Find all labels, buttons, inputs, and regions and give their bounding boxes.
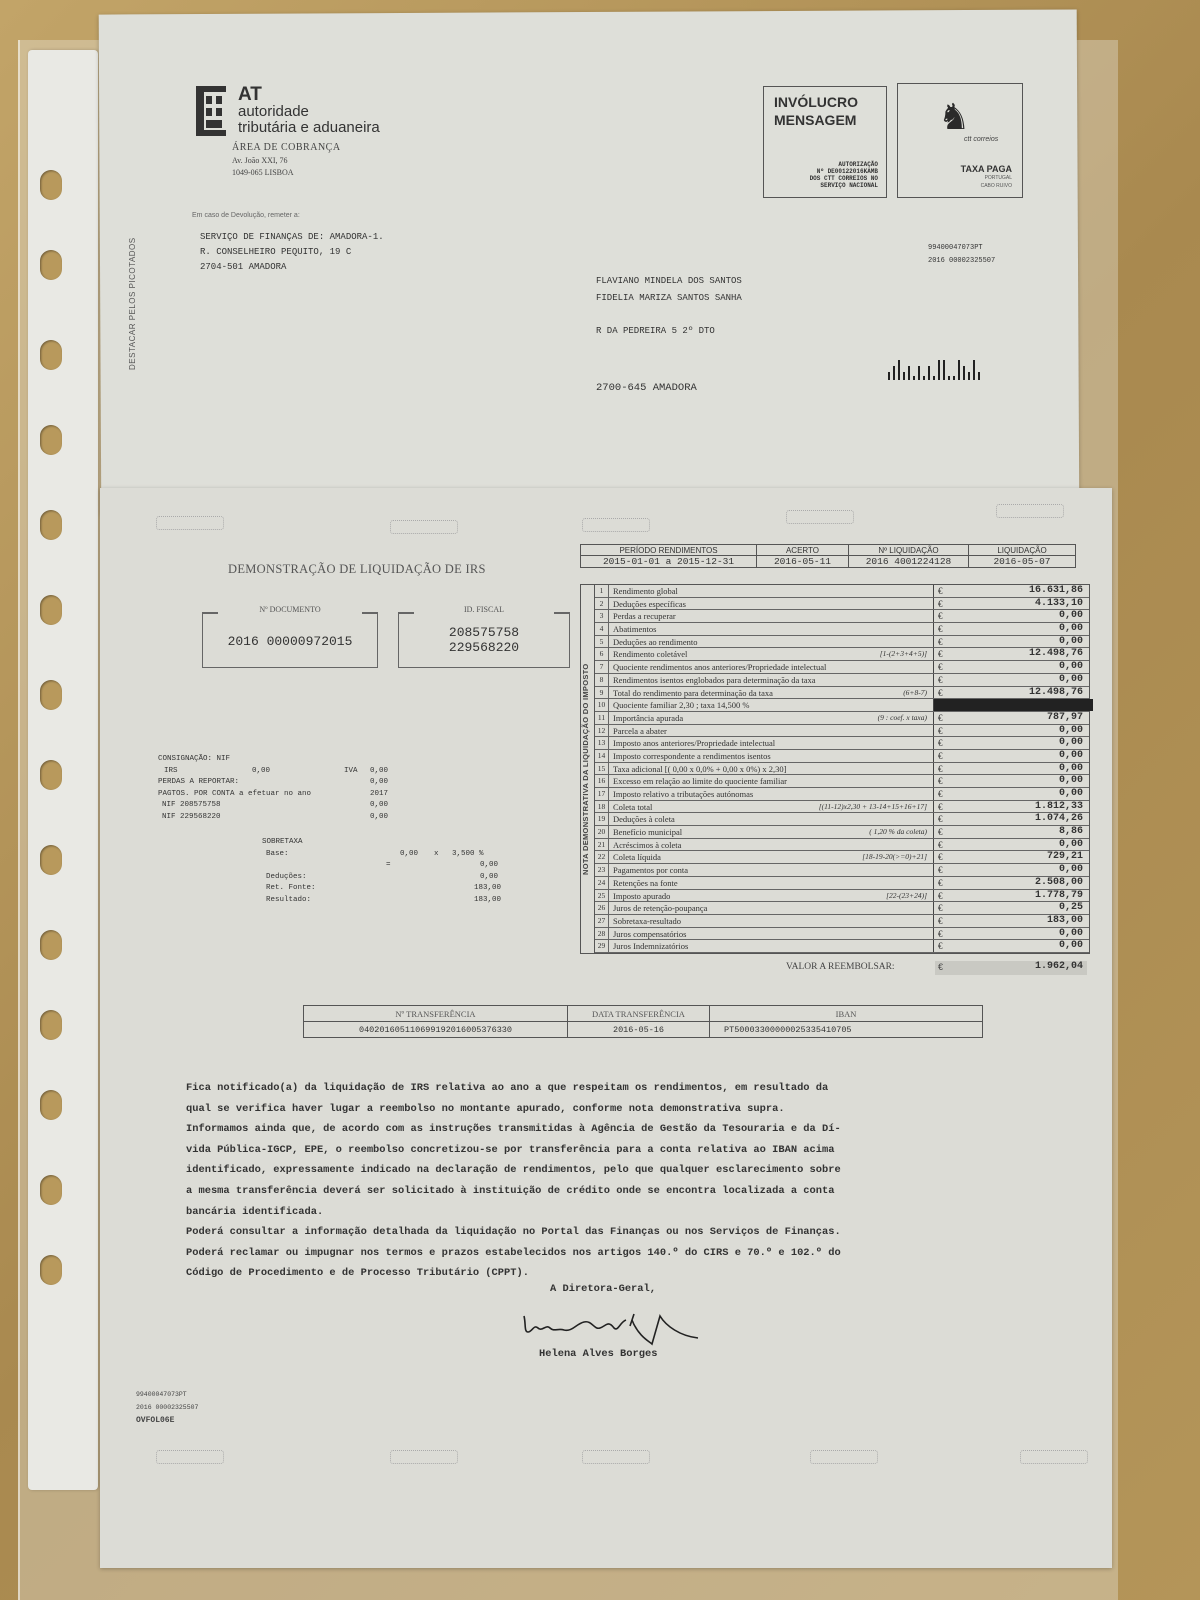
row-number: 10 [595,699,609,711]
ret-fonte-value: 183,00 [474,883,501,895]
perforation [582,1450,650,1464]
row-description: Excesso em relação ao limite do quocient… [613,775,787,787]
row-description: Imposto relativo a tributações autónomas [613,788,753,800]
sobretaxa-title: SOBRETAXA [262,837,303,849]
base-label: Base: [266,849,289,861]
value-liquidacao: 2016-05-07 [969,556,1076,568]
return-line: R. CONSELHEIRO PEQUITO, 19 C [200,245,384,260]
nif-value: 0,00 [370,812,388,824]
perforation [156,1450,224,1464]
row-description: Imposto correspondente a rendimentos ise… [613,750,771,762]
body-line: Informamos ainda que, de acordo com as i… [186,1119,1086,1140]
fiscal-id-label: ID. FISCAL [399,605,569,614]
row-amount: 8,86 [1059,826,1083,838]
row-amount: 0,00 [1059,750,1083,762]
table-row: 12Parcela a abater€0,00 [595,725,1089,738]
row-number: 22 [595,851,609,863]
postage-country: PORTUGAL [985,175,1012,181]
row-number: 14 [595,750,609,762]
perforation [996,504,1064,518]
iva-value: 0,00 [370,766,388,778]
postage-box: ♞ ctt correios TAXA PAGA PORTUGAL CABO R… [897,83,1023,198]
times-sign: x [434,849,439,861]
body-line: Código de Procedimento e de Processo Tri… [186,1263,1086,1284]
row-description: Acréscimos à coleta [613,839,681,851]
ret-fonte-label: Ret. Fonte: [266,883,316,895]
header-n-liquidacao: Nº LIQUIDAÇÃO [849,545,969,556]
punch-hole [40,510,62,540]
sender-city: 1049-065 LISBOA [232,168,341,177]
notice-body: Fica notificado(a) da liquidação de IRS … [186,1078,1086,1284]
row-number: 12 [595,725,609,737]
row-description: Taxa adicional [( 0,00 x 0,0% + 0,00 x 0… [613,763,786,775]
row-amount: 0,00 [1059,737,1083,749]
row-description: Deduções ao rendimento [613,636,698,648]
return-line: 2704-501 AMADORA [200,260,384,275]
recipient-name: FIDELIA MARIZA SANTOS SANHA [596,293,742,303]
table-row: 27Sobretaxa-resultado€183,00 [595,915,1089,928]
row-formula: (6+8-7) [903,687,927,699]
row-amount: 12.498,76 [1029,648,1083,660]
involucro-title: INVÓLUCRO [774,93,876,111]
row-amount: 2.508,00 [1035,877,1083,889]
row-number: 29 [595,940,609,952]
row-number: 6 [595,648,609,660]
recipient-name: FLAVIANO MINDELA DOS SANTOS [596,276,742,286]
table-row: 26Juros de retenção-poupança€0,25 [595,902,1089,915]
value-acerto: 2016-05-11 [757,556,849,568]
row-number: 16 [595,775,609,787]
table-row: 11Importância apurada(9 : coef. x taxa)€… [595,712,1089,725]
row-description: Rendimento coletável [613,648,687,660]
table-row: 29Juros Indemnizatórios€0,00 [595,940,1089,953]
row-amount: 0,00 [1059,610,1083,622]
liquidacao-side-label: NOTA DEMONSTRATIVA DA LIQUIDAÇÃO DO IMPO… [581,585,595,953]
resultado-value: 183,00 [474,895,501,907]
transfer-table: Nº TRANSFERÊNCIA DATA TRANSFERÊNCIA IBAN… [303,1005,983,1038]
deducoes-label: Deduções: [266,872,307,884]
reembolso-value: 1.962,04 [1035,961,1083,972]
punch-hole [40,250,62,280]
row-description: Juros Indemnizatórios [613,940,688,952]
nif-label: NIF 229568220 [162,812,221,824]
auth-line: SERVIÇO NACIONAL [810,182,878,189]
return-address: SERVIÇO DE FINANÇAS DE: AMADORA-1. R. CO… [200,230,384,275]
table-row: 2Deduções específicas€4.133,10 [595,598,1089,611]
row-number: 11 [595,712,609,724]
row-number: 23 [595,864,609,876]
perforation [786,510,854,524]
euro-symbol: € [938,962,943,972]
body-line: Poderá consultar a informação detalhada … [186,1222,1086,1243]
row-description: Parcela a abater [613,725,667,737]
postage-location: CABO RUIVO [981,183,1012,189]
header-liquidacao: LIQUIDAÇÃO [969,545,1076,556]
auth-line: AUTORIZAÇÃO [810,161,878,168]
body-line: vida Pública-IGCP, EPE, o reembolso conc… [186,1140,1086,1161]
pagtos-year: 2017 [370,789,388,801]
row-amount: 787,97 [1047,712,1083,724]
sender-address: ÁREA DE COBRANÇA Av. João XXI, 76 1049-0… [232,142,341,177]
perforation [810,1450,878,1464]
row-amount: 1.074,26 [1035,813,1083,825]
value-periodo: 2015-01-01 a 2015-12-31 [581,556,757,568]
tracking-line: 2016 00002325507 [928,255,995,268]
consignacao-title: CONSIGNAÇÃO: NIF [158,754,230,766]
perforation [390,520,458,534]
row-number: 19 [595,813,609,825]
row-amount: 0,00 [1059,763,1083,775]
auth-line: Nº DE00122016KAMB [810,168,878,175]
punch-hole [40,1175,62,1205]
table-row: 6Rendimento coletável[1-(2+3+4+5)]€12.49… [595,648,1089,661]
sender-department: ÁREA DE COBRANÇA [232,142,341,153]
row-amount: 16.631,86 [1029,585,1083,597]
row-number: 20 [595,826,609,838]
row-number: 21 [595,839,609,851]
row-description: Imposto apurado [613,890,670,902]
side-cut-label: DESTACAR PELOS PICOTADOS [128,190,142,370]
row-description: Rendimentos isentos englobados para dete… [613,674,816,686]
body-line: qual se verifica haver lugar a reembolso… [186,1099,1086,1120]
punch-hole [40,595,62,625]
recipient-city: 2700-645 AMADORA [596,382,697,394]
perforation [156,516,224,530]
row-description: Juros compensatórios [613,928,686,940]
table-row: 28Juros compensatórios€0,00 [595,928,1089,941]
resultado-label: Resultado: [266,895,311,907]
transfer-number: 040201605110699192016005376330 [304,1022,568,1038]
iva-label: IVA [344,766,358,778]
perforation [582,518,650,532]
row-description: Deduções específicas [613,598,686,610]
row-amount: 0,00 [1059,674,1083,686]
punch-hole [40,340,62,370]
ctt-horse-icon: ♞ [938,96,970,138]
row-number: 4 [595,623,609,635]
body-line: identificado, expressamente indicado na … [186,1160,1086,1181]
row-formula: (9 : coef. x taxa) [878,712,927,724]
document-number-box: Nº DOCUMENTO 2016 00000972015 [202,612,378,668]
document-number-label: Nº DOCUMENTO [203,605,377,614]
liquidacao-table: NOTA DEMONSTRATIVA DA LIQUIDAÇÃO DO IMPO… [580,584,1090,954]
row-description: Perdas a recuperar [613,610,676,622]
row-description: Imposto anos anteriores/Propriedade inte… [613,737,775,749]
signature-icon [520,1306,710,1346]
row-amount: 1.812,33 [1035,801,1083,813]
footer-code: 99400047073PT [136,1388,198,1401]
table-row: 15Taxa adicional [( 0,00 x 0,0% + 0,00 x… [595,763,1089,776]
body-line: bancária identificada. [186,1202,1086,1223]
table-row: 7Quociente rendimentos anos anteriores/P… [595,661,1089,674]
table-row: 22Coleta líquida[18-19-20(>=0)+21]€729,2… [595,851,1089,864]
body-line: a mesma transferência deverá ser solicit… [186,1181,1086,1202]
authorization-text: AUTORIZAÇÃO Nº DE00122016KAMB DOS CTT CO… [810,161,878,189]
table-row: 17Imposto relativo a tributações autónom… [595,788,1089,801]
postal-barcode [888,360,980,380]
deducoes-value: 0,00 [480,872,498,884]
row-amount: 0,00 [1059,788,1083,800]
row-description: Coleta líquida [613,851,661,863]
row-description: Pagamentos por conta [613,864,688,876]
punch-hole [40,845,62,875]
punch-hole [40,1090,62,1120]
sender-street: Av. João XXI, 76 [232,156,341,165]
tracking-line: 99400047073PT [928,242,995,255]
table-row: 18Coleta total[(11-12)x2,30 + 13-14+15+1… [595,801,1089,814]
nif-label: NIF 208575758 [162,800,221,812]
header-iban: IBAN [710,1006,983,1022]
footer-code: 2016 00002325507 [136,1401,198,1414]
row-description: Quociente familiar 2,30 ; taxa 14,500 % [613,699,749,711]
table-row: 20Benefício municipal( 1,20 % da coleta)… [595,826,1089,839]
value-n-liquidacao: 2016 4001224128 [849,556,969,568]
table-row: 14Imposto correspondente a rendimentos i… [595,750,1089,763]
postage-paid: TAXA PAGA [961,164,1012,174]
involucro-box: INVÓLUCRO MENSAGEM AUTORIZAÇÃO Nº DE0012… [763,86,887,198]
perforation [1020,1450,1088,1464]
fiscal-id: 208575758 [399,625,569,640]
row-amount: 0,00 [1059,725,1083,737]
punch-hole [40,1255,62,1285]
coat-of-arms-icon [196,86,232,136]
table-row: 9Total do rendimento para determinação d… [595,687,1089,700]
row-amount: 0,00 [1059,864,1083,876]
document-title: DEMONSTRAÇÃO DE LIQUIDAÇÃO DE IRS [228,562,486,577]
table-row: 4Abatimentos€0,00 [595,623,1089,636]
row-number: 2 [595,598,609,610]
row-amount: 183,00 [1047,915,1083,927]
liquidacao-rows: 1Rendimento global€16.631,862Deduções es… [595,585,1089,953]
body-line: Fica notificado(a) da liquidação de IRS … [186,1078,1086,1099]
table-row: 24Retenções na fonte€2.508,00 [595,877,1089,890]
row-formula: [22-(23+24)] [886,890,927,902]
header-periodo: PERÍODO RENDIMENTOS [581,545,757,556]
row-description: Deduções à coleta [613,813,675,825]
involucro-title: MENSAGEM [774,111,876,129]
row-description: Abatimentos [613,623,656,635]
base-value: 0,00 [400,849,418,861]
row-formula: ( 1,20 % da coleta) [869,826,927,838]
perdas-value: 0,00 [370,777,388,789]
row-amount: 0,00 [1059,839,1083,851]
logo-line2: autoridade [238,104,380,120]
iban-value: PT50003300000025335410705 [710,1022,983,1038]
row-number: 28 [595,928,609,940]
table-row: 3Perdas a recuperar€0,00 [595,610,1089,623]
row-amount: 1.778,79 [1035,890,1083,902]
row-number: 7 [595,661,609,673]
table-row: 19Deduções à coleta€1.074,26 [595,813,1089,826]
punch-hole [40,930,62,960]
euro-symbol [933,699,1093,711]
nif-value: 0,00 [370,800,388,812]
row-amount: 4.133,10 [1035,598,1083,610]
row-number: 9 [595,687,609,699]
row-amount: 0,00 [1059,940,1083,952]
footer-code: OVFOL06E [136,1414,198,1427]
table-row: 25Imposto apurado[22-(23+24)]€1.778,79 [595,890,1089,903]
signatory-name: Helena Alves Borges [539,1348,657,1360]
table-row: 13Imposto anos anteriores/Propriedade in… [595,737,1089,750]
row-description: Total do rendimento para determinação da… [613,687,773,699]
row-number: 5 [595,636,609,648]
body-line: Poderá reclamar ou impugnar nos termos e… [186,1243,1086,1264]
row-number: 1 [595,585,609,597]
row-number: 8 [595,674,609,686]
perdas-label: PERDAS A REPORTAR: [158,777,239,789]
table-row: 16Excesso em relação ao limite do quocie… [595,775,1089,788]
logo-line3: tributária e aduaneira [238,120,380,136]
row-amount: 729,21 [1047,851,1083,863]
binder-strip [28,50,98,1490]
at-logo: AT autoridade tributária e aduaneira [196,86,380,136]
reembolso-label: VALOR A REEMBOLSAR: [786,962,895,972]
header-data-transferencia: DATA TRANSFERÊNCIA [568,1006,710,1022]
row-number: 26 [595,902,609,914]
liquidacao-header-table: PERÍODO RENDIMENTOS ACERTO Nº LIQUIDAÇÃO… [580,544,1076,568]
logo-at: AT [238,86,380,104]
signature-title: A Diretora-Geral, [550,1283,656,1295]
recipient-street: R DA PEDREIRA 5 2º DTO [596,326,715,336]
punch-hole [40,1010,62,1040]
row-number: 18 [595,801,609,813]
row-number: 17 [595,788,609,800]
table-row: 21Acréscimos à coleta€0,00 [595,839,1089,852]
row-number: 24 [595,877,609,889]
reembolso-value-box: € 1.962,04 [935,961,1087,975]
irs-label: IRS [164,766,178,778]
ctt-brand: ctt correios [964,136,998,143]
table-row: 10Quociente familiar 2,30 ; taxa 14,500 … [595,699,1089,712]
row-amount: 0,00 [1059,623,1083,635]
perforation [390,1450,458,1464]
row-amount: 0,00 [1059,636,1083,648]
punch-hole [40,760,62,790]
irs-value: 0,00 [252,766,270,778]
row-amount: 0,00 [1059,661,1083,673]
punch-hole [40,680,62,710]
table-row: 8Rendimentos isentos englobados para det… [595,674,1089,687]
row-number: 15 [595,763,609,775]
row-formula: [18-19-20(>=0)+21] [862,851,927,863]
row-description: Sobretaxa-resultado [613,915,681,927]
equals-sign: = [386,860,391,872]
header-acerto: ACERTO [757,545,849,556]
equals-value: 0,00 [480,860,498,872]
pagtos-label: PAGTOS. POR CONTA a efetuar no ano [158,789,311,801]
document-number: 2016 00000972015 [203,634,377,649]
footer-codes: 99400047073PT 2016 00002325507 OVFOL06E [136,1388,198,1427]
fiscal-id-box: ID. FISCAL 208575758 229568220 [398,612,570,668]
row-amount: 0,00 [1059,928,1083,940]
return-label: Em caso de Devolução, remeter a: [192,212,300,219]
transfer-date: 2016-05-16 [568,1022,710,1038]
row-amount: 0,25 [1059,902,1083,914]
table-row: 23Pagamentos por conta€0,00 [595,864,1089,877]
punch-hole [40,170,62,200]
return-line: SERVIÇO DE FINANÇAS DE: AMADORA-1. [200,230,384,245]
row-amount: 12.498,76 [1029,687,1083,699]
row-number: 27 [595,915,609,927]
row-description: Coleta total [613,801,652,813]
row-formula: [1-(2+3+4+5)] [880,648,927,660]
row-formula: [(11-12)x2,30 + 13-14+15+16+17] [819,801,927,813]
auth-line: DOS CTT CORREIOS NO [810,175,878,182]
row-description: Rendimento global [613,585,678,597]
fiscal-id: 229568220 [399,640,569,655]
row-amount: 0,00 [1059,775,1083,787]
row-description: Benefício municipal [613,826,682,838]
row-number: 3 [595,610,609,622]
sobretaxa-rate: 3,500 % [452,849,484,861]
table-row: 1Rendimento global€16.631,86 [595,585,1089,598]
punch-hole [40,425,62,455]
header-n-transferencia: Nº TRANSFERÊNCIA [304,1006,568,1022]
row-number: 25 [595,890,609,902]
table-row: 5Deduções ao rendimento€0,00 [595,636,1089,649]
tracking-codes: 99400047073PT 2016 00002325507 [928,242,995,268]
row-number: 13 [595,737,609,749]
row-description: Retenções na fonte [613,877,678,889]
row-description: Importância apurada [613,712,683,724]
row-description: Quociente rendimentos anos anteriores/Pr… [613,661,826,673]
row-description: Juros de retenção-poupança [613,902,707,914]
